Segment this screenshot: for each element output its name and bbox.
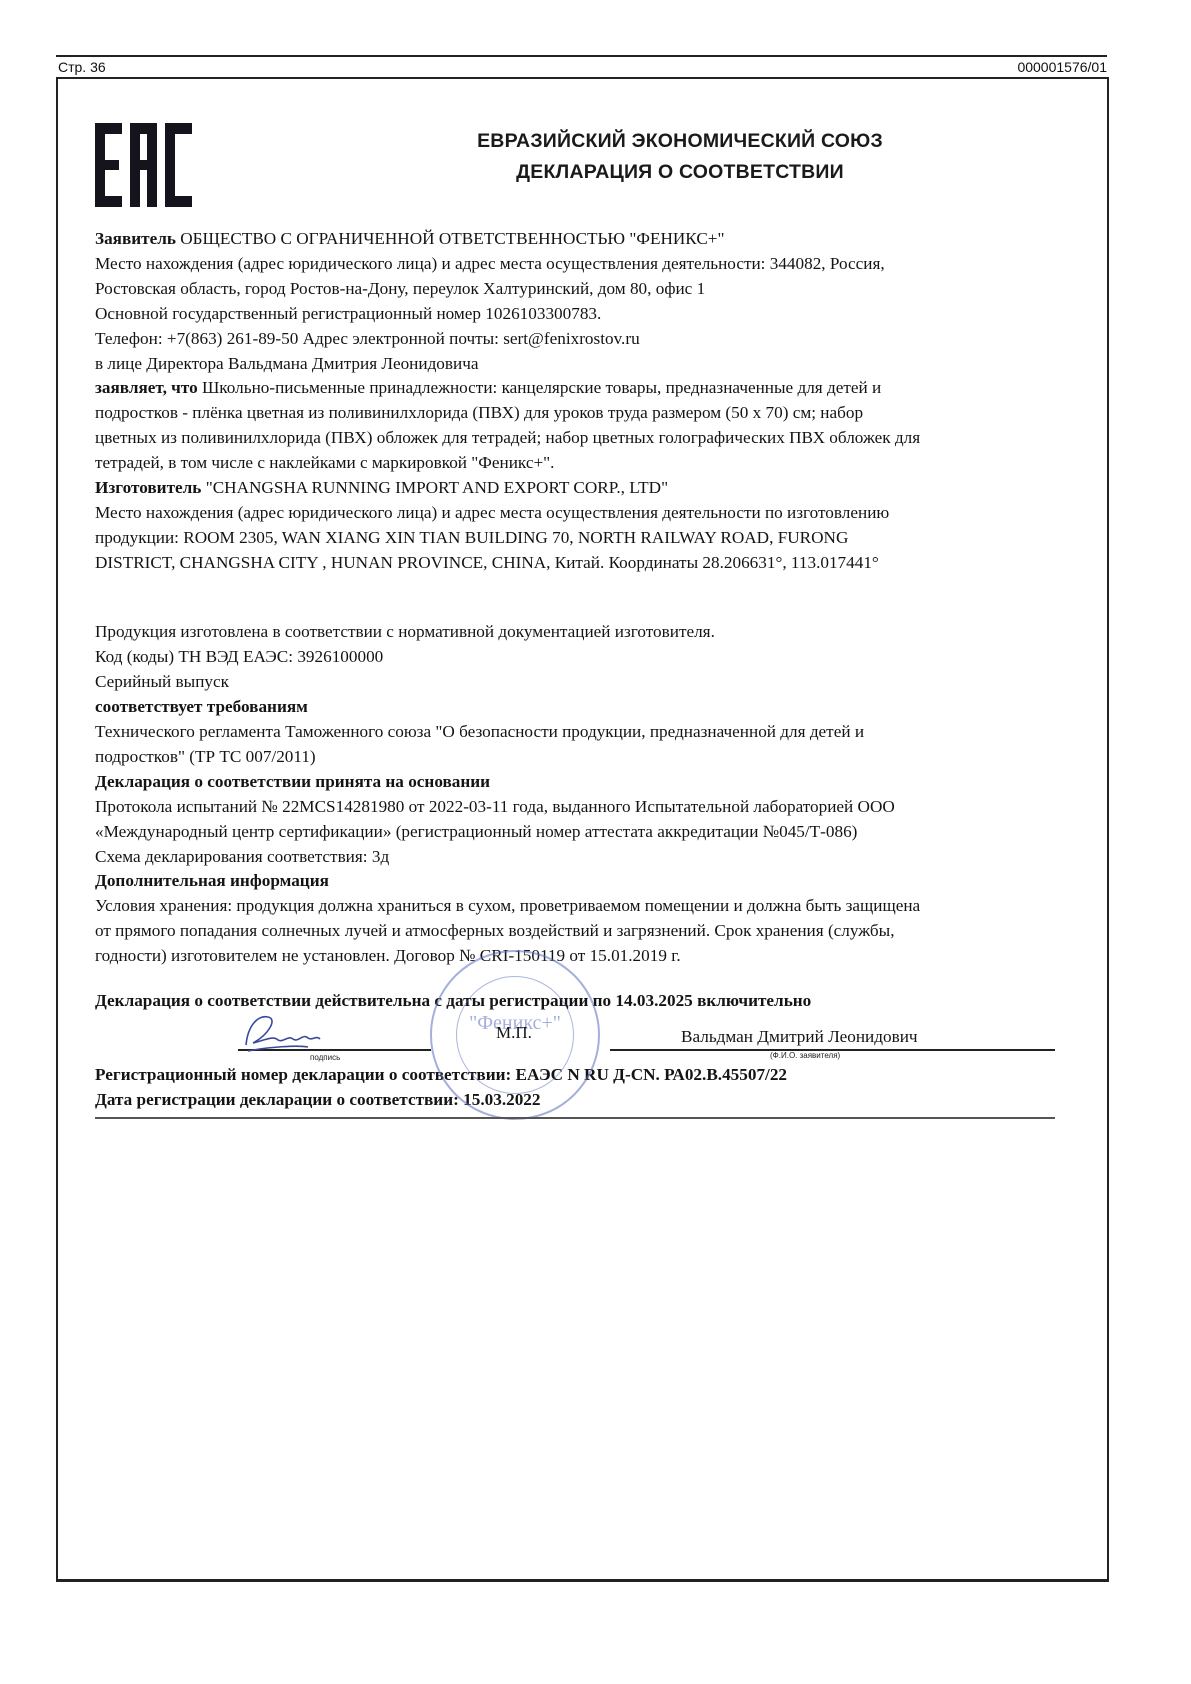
basis-line-1: Протокола испытаний № 22MCS14281980 от 2… xyxy=(95,797,895,817)
document-title: ЕВРАЗИЙСКИЙ ЭКОНОМИЧЕСКИЙ СОЮЗ ДЕКЛАРАЦИ… xyxy=(300,126,1060,188)
product-release-type: Серийный выпуск xyxy=(95,672,229,692)
compliance-line-1: Технического регламента Таможенного союз… xyxy=(95,722,864,742)
title-union: ЕВРАЗИЙСКИЙ ЭКОНОМИЧЕСКИЙ СОЮЗ xyxy=(300,126,1060,157)
declares-text-1: Школьно-письменные принадлежности: канце… xyxy=(198,378,882,397)
manufacturer-line: Изготовитель "CHANGSHA RUNNING IMPORT AN… xyxy=(95,478,668,498)
eac-letter-c xyxy=(165,123,192,207)
product-documentation: Продукция изготовлена в соответствии с н… xyxy=(95,622,715,642)
basis-heading: Декларация о соответствии принята на осн… xyxy=(95,772,490,791)
additional-label: Дополнительная информация xyxy=(95,871,329,891)
applicant-line: Заявитель ОБЩЕСТВО С ОГРАНИЧЕННОЙ ОТВЕТС… xyxy=(95,229,725,249)
signature-icon xyxy=(238,1005,338,1055)
applicant-ogrn: Основной государственный регистрационный… xyxy=(95,304,601,324)
basis-line-2: «Международный центр сертификации» (реги… xyxy=(95,822,857,842)
applicant-label: Заявитель xyxy=(95,229,176,248)
applicant-address-1: Место нахождения (адрес юридического лиц… xyxy=(95,254,885,274)
declares-line-2: подростков - плёнка цветная из поливинил… xyxy=(95,403,863,423)
signer-name: Вальдман Дмитрий Леонидович xyxy=(681,1027,918,1047)
declares-line-1: заявляет, что Школьно-письменные принадл… xyxy=(95,378,881,398)
manufacturer-address-2: продукции: ROOM 2305, WAN XIANG XIN TIAN… xyxy=(95,528,848,548)
basis-label: Декларация о соответствии принята на осн… xyxy=(95,772,490,792)
additional-heading: Дополнительная информация xyxy=(95,871,329,890)
compliance-heading: соответствует требованиям xyxy=(95,697,308,716)
manufacturer-address-3: DISTRICT, CHANGSHA CITY , HUNAN PROVINCE… xyxy=(95,553,879,573)
additional-line-1: Условия хранения: продукция должна храни… xyxy=(95,896,920,916)
applicant-representative: в лице Директора Вальдмана Дмитрия Леони… xyxy=(95,354,479,374)
registration-date-label: Дата регистрации декларации о соответств… xyxy=(95,1090,459,1109)
compliance-label: соответствует требованиям xyxy=(95,697,308,717)
title-declaration: ДЕКЛАРАЦИЯ О СООТВЕТСТВИИ xyxy=(300,157,1060,188)
manufacturer-address-1: Место нахождения (адрес юридического лиц… xyxy=(95,503,889,523)
eac-letter-a xyxy=(130,123,157,207)
applicant-address-2: Ростовская область, город Ростов-на-Дону… xyxy=(95,279,705,299)
manufacturer-name: "CHANGSHA RUNNING IMPORT AND EXPORT CORP… xyxy=(201,478,668,497)
declares-line-4: тетрадей, в том числе с наклейками с мар… xyxy=(95,453,554,473)
declares-line-3: цветных из поливинилхлорида (ПВХ) обложе… xyxy=(95,428,920,448)
page-number: Стр. 36 xyxy=(58,59,106,75)
header-top-rule xyxy=(56,55,1107,57)
applicant-name: ОБЩЕСТВО С ОГРАНИЧЕННОЙ ОТВЕТСТВЕННОСТЬЮ… xyxy=(176,229,725,248)
declares-label: заявляет, что xyxy=(95,378,198,397)
basis-scheme: Схема декларирования соответствия: 3д xyxy=(95,847,389,867)
compliance-line-2: подростков" (ТР ТС 007/2011) xyxy=(95,747,316,767)
bottom-rule xyxy=(95,1117,1055,1119)
product-hs-code: Код (коды) ТН ВЭД ЕАЭС: 3926100000 xyxy=(95,647,383,667)
signer-caption: (Ф.И.О. заявителя) xyxy=(770,1051,840,1060)
additional-line-2: от прямого попадания солнечных лучей и а… xyxy=(95,921,895,941)
additional-line-3: годности) изготовителем не установлен. Д… xyxy=(95,946,681,966)
applicant-contacts: Телефон: +7(863) 261-89-50 Адрес электро… xyxy=(95,329,640,349)
stamp-label: М.П. xyxy=(496,1023,532,1043)
manufacturer-label: Изготовитель xyxy=(95,478,201,497)
eac-mark-icon xyxy=(95,123,192,207)
eac-letter-e xyxy=(95,123,122,207)
document-number: 000001576/01 xyxy=(1017,59,1107,75)
